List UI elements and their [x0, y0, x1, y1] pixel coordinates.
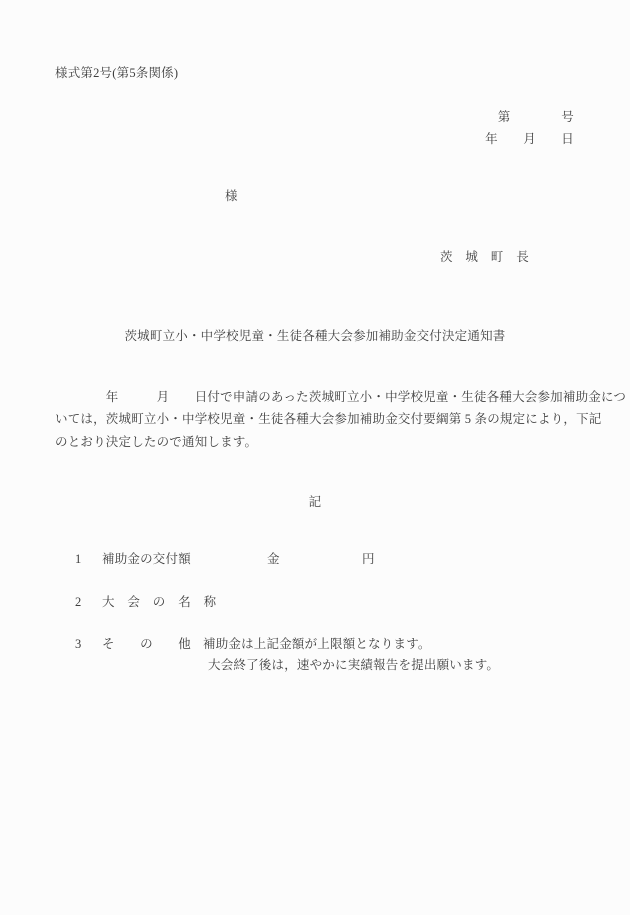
other-note-line-2: 大会終了後は，速やかに実績報告を提出願います。: [208, 658, 499, 673]
addressee-honorific: 様: [225, 189, 238, 204]
item-number: 1: [75, 552, 81, 567]
item-label-grant-amount: 補助金の交付額: [102, 552, 191, 567]
document-title: 茨城町立小・中学校児童・生徒各種大会参加補助金交付決定通知書: [0, 329, 630, 344]
item-number: 2: [75, 595, 81, 610]
body-line-1: 年 月 日付で申請のあった茨城町立小・中学校児童・生徒各種大会参加補助金につ: [55, 390, 626, 405]
record-heading: 記: [0, 495, 630, 510]
body-line-3: のとおり決定したので通知します。: [55, 435, 257, 450]
form-number: 様式第2号(第5条関係): [55, 66, 178, 81]
other-note-line-1: 補助金は上記金額が上限額となります。: [203, 637, 431, 652]
date-line: 年 月 日: [485, 132, 574, 147]
document-page: 様式第2号(第5条関係) 第 号 年 月 日 様 茨 城 町 長 茨城町立小・中…: [0, 0, 630, 915]
doc-number-line: 第 号: [498, 110, 574, 125]
sender-title: 茨 城 町 長: [440, 250, 529, 265]
amount-currency-prefix: 金: [267, 552, 280, 567]
item-number: 3: [75, 637, 81, 652]
item-label-tournament-name: 大 会 の 名 称: [102, 595, 216, 610]
body-line-2: いては，茨城町立小・中学校児童・生徒各種大会参加補助金交付要綱第 5 条の規定に…: [55, 412, 602, 427]
amount-unit-suffix: 円: [362, 552, 375, 567]
item-label-other: そ の 他: [102, 637, 191, 652]
